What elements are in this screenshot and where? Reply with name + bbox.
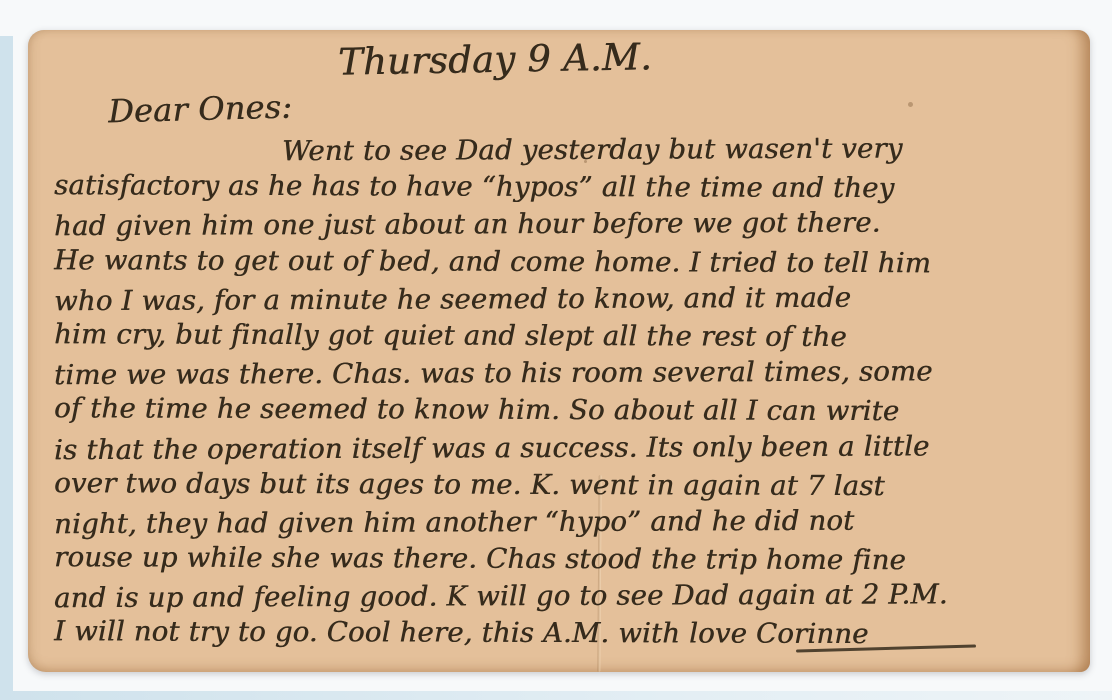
scan-edge-strip-bottom — [0, 691, 1112, 700]
letter-line: satisfactory as he has to have “hypos” a… — [54, 167, 1066, 208]
age-spot — [908, 102, 913, 107]
letter-line: night, they had given him another “hypo”… — [54, 502, 1066, 544]
letter-line: who I was, for a minute he seemed to kno… — [54, 279, 1066, 321]
letter-line: over two days but its ages to me. K. wen… — [54, 465, 1066, 506]
letter-line: Went to see Dad yesterday but wasen't ve… — [54, 130, 1066, 172]
letter-line: and is up and feeling good. K will go to… — [54, 576, 1066, 618]
letter-body: Went to see Dad yesterday but wasen't ve… — [54, 132, 1066, 653]
letter-line: of the time he seemed to know him. So ab… — [54, 391, 1066, 432]
letter-line: time we was there. Chas. was to his room… — [54, 353, 1066, 395]
postcard: Thursday 9 A.M. Dear Ones: Went to see D… — [28, 30, 1090, 672]
letter-line: had given him one just about an hour bef… — [54, 204, 1066, 246]
scan-edge-strip-left — [0, 36, 13, 700]
letter-dateline: Thursday 9 A.M. — [338, 35, 653, 83]
letter-line: him cry, but finally got quiet and slept… — [54, 316, 1066, 357]
letter-line: He wants to get out of bed, and come hom… — [54, 242, 1066, 283]
letter-line: rouse up while she was there. Chas stood… — [54, 539, 1066, 580]
letter-line: is that the operation itself was a succe… — [54, 427, 1066, 469]
letter-salutation: Dear Ones: — [108, 88, 293, 131]
